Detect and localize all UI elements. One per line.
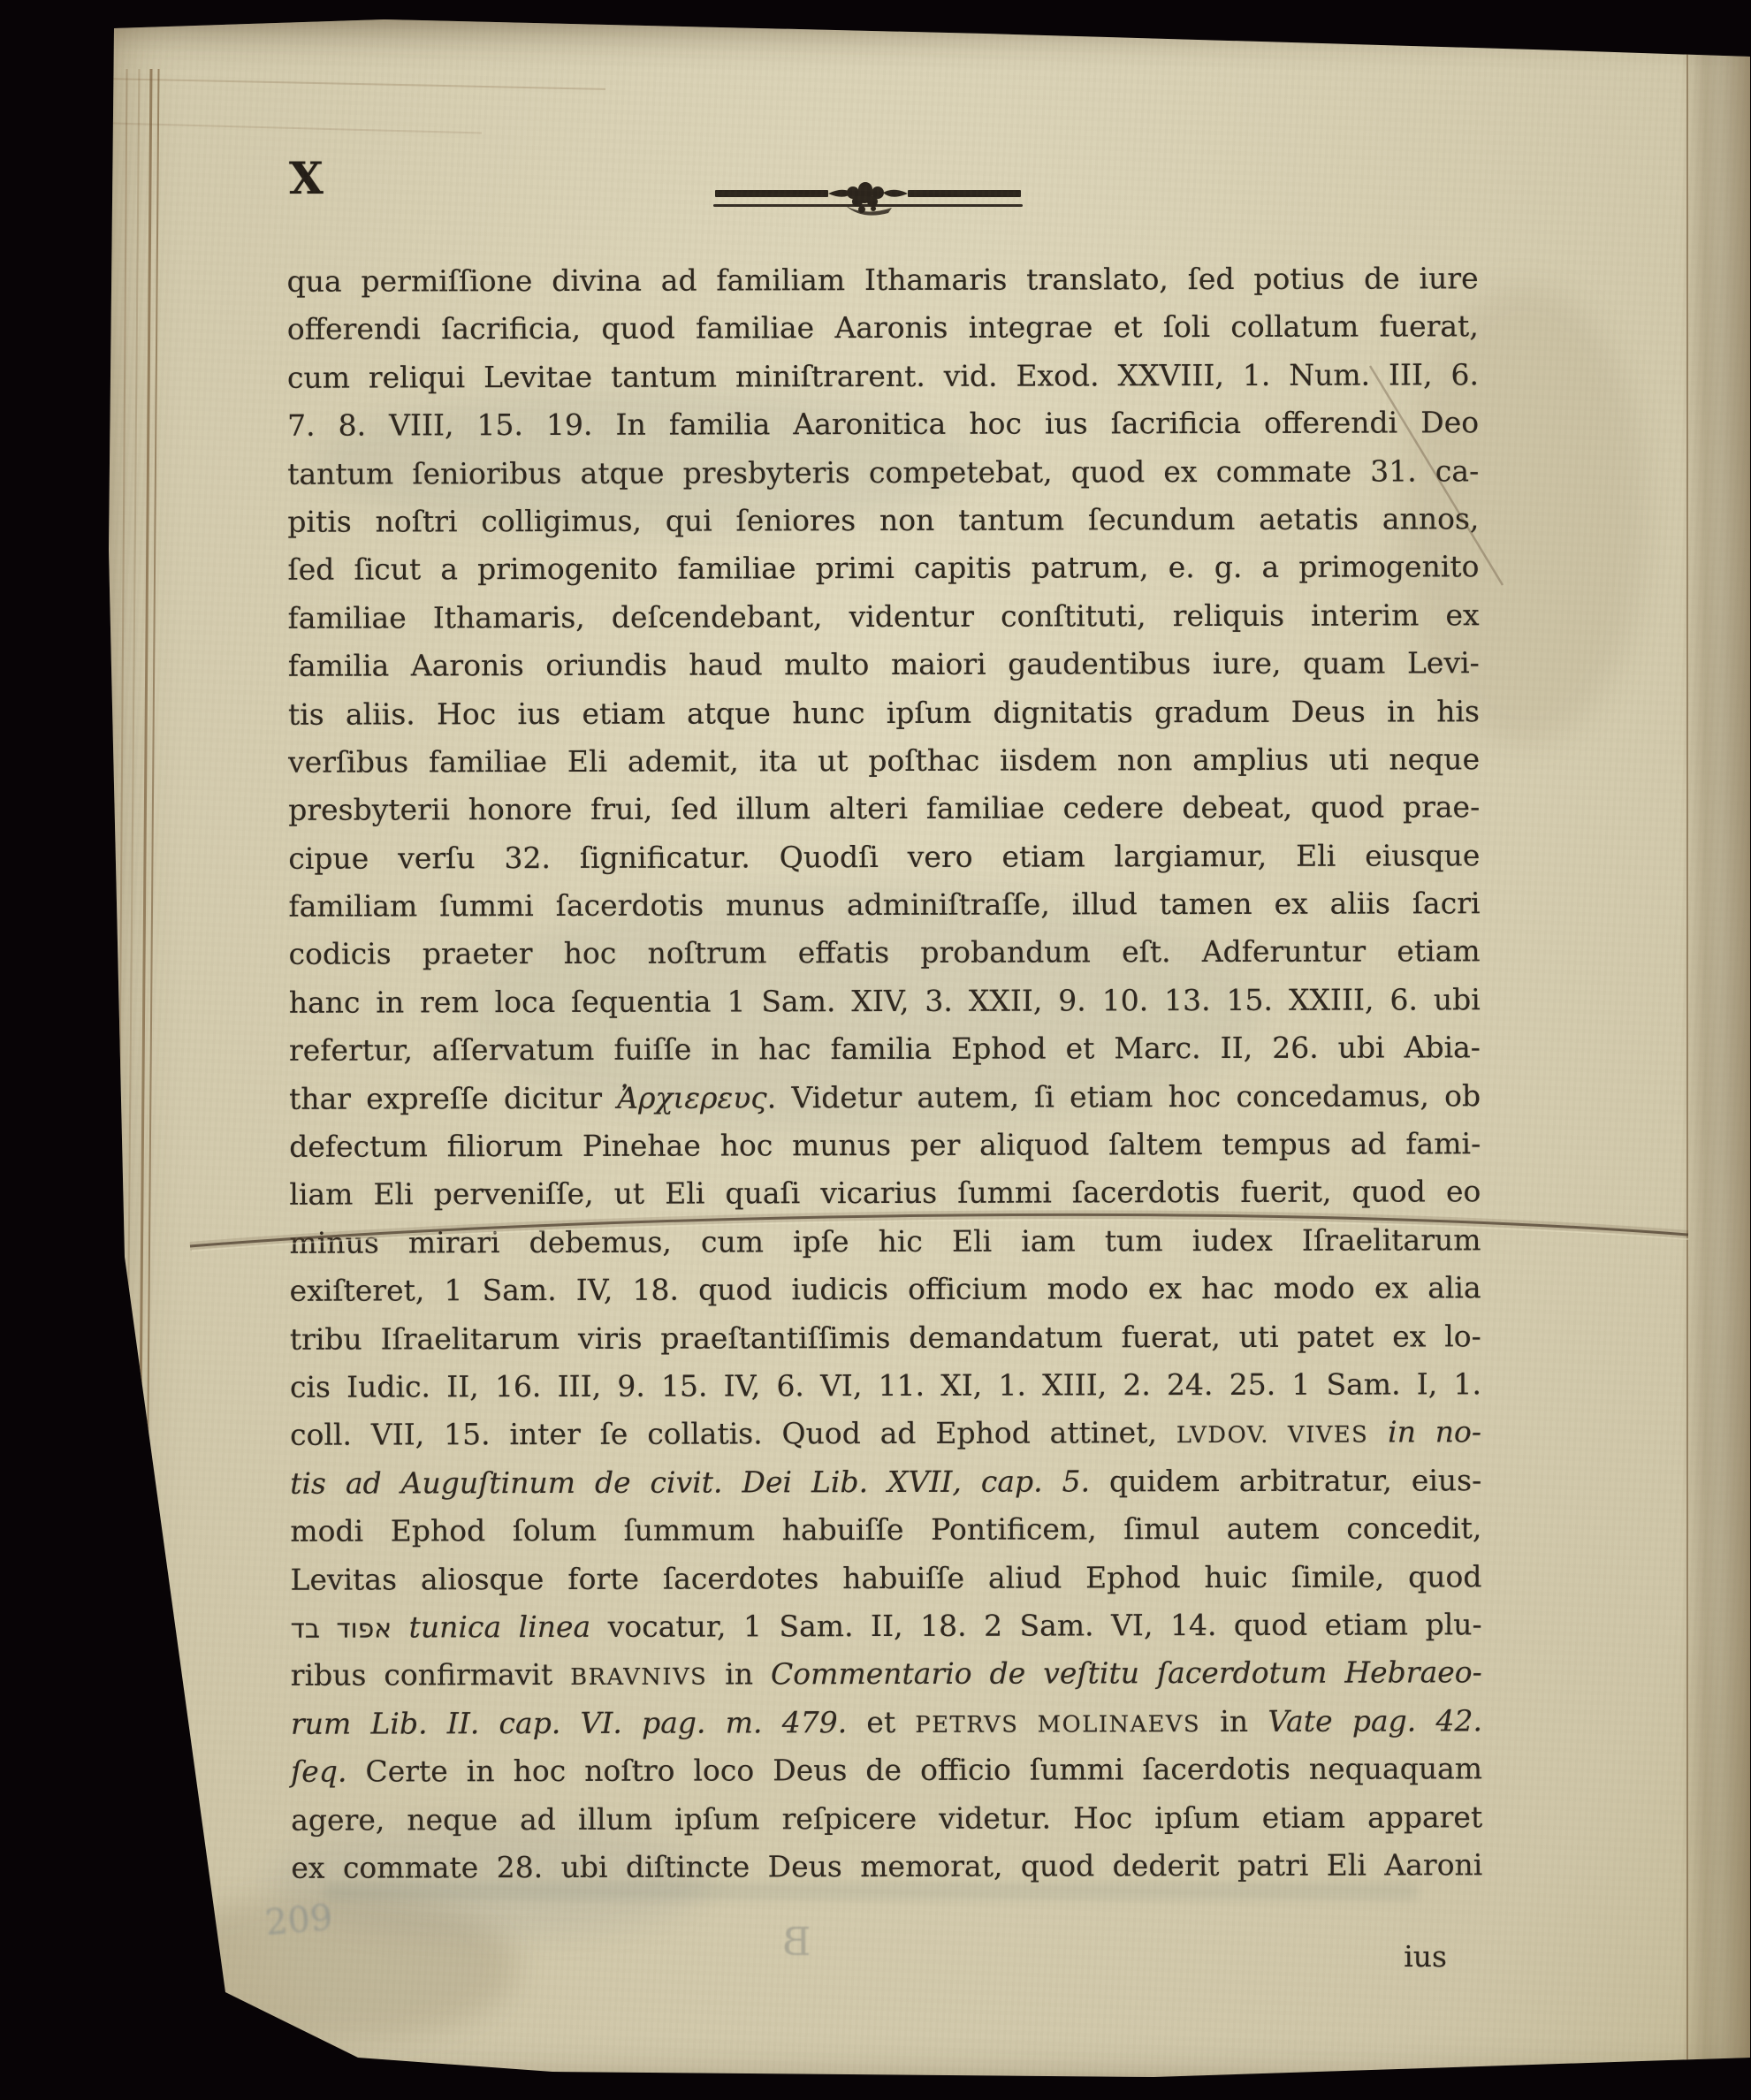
text-line: pitis noſtri colligimus, qui ſeniores no… [287, 495, 1479, 546]
latin-text: defectum filiorum Pinehae hoc munus per … [289, 1126, 1481, 1164]
latin-text: tis ad Auguſtinum de civit. Dei Lib. XVI… [290, 1464, 1090, 1500]
latin-text: modi Ephod ſolum ſummum habuiſſe Pontifi… [290, 1510, 1481, 1548]
latin-text: familiam ſummi ſacerdotis munus adminiſt… [288, 886, 1480, 924]
latin-text: familiae Ithamaris, deſcendebant, vident… [288, 597, 1480, 635]
text-line: cis Iudic. II, 16. III, 9. 15. IV, 6. VI… [290, 1360, 1481, 1411]
latin-text: pitis noſtri colligimus, qui ſeniores no… [287, 501, 1479, 539]
latin-text: familia Aaronis oriundis haud multo maio… [288, 645, 1480, 683]
latin-text: 7. 8. VIII, 15. 19. In familia Aaronitic… [287, 405, 1479, 443]
latin-text: tribu Iſraelitarum viris praeſtantiſſimi… [290, 1319, 1481, 1357]
latin-text: PETRVS MOLINAEVS [915, 1711, 1200, 1739]
text-block: qua permiſſione divina ad familiam Itham… [287, 255, 1483, 1892]
text-line: familia Aaronis oriundis haud multo maio… [288, 639, 1480, 690]
latin-text: ex commate 28. ubi diſtincte Deus memora… [291, 1847, 1482, 1885]
latin-text: tis aliis. Hoc ius etiam atque hunc ipſu… [288, 694, 1480, 732]
latin-text: coll. VII, 15. inter ſe collatis. Quod a… [290, 1416, 1176, 1453]
book-page: X qua permiſſione divina ad familiam Ith… [93, 19, 1751, 2100]
latin-text: refertur, aſſervatum fuiſſe in hac famil… [289, 1030, 1481, 1068]
latin-text: exiſteret, 1 Sam. IV, 18. quod iudicis o… [290, 1270, 1481, 1308]
latin-text: Commentario de veſtitu ſacerdotum Hebrae… [771, 1655, 1482, 1692]
text-line: codicis praeter hoc noſtrum effatis prob… [289, 928, 1481, 979]
text-line: cum reliqui Levitae tantum miniſtrarent.… [287, 351, 1479, 402]
latin-text: agere, neque ad illum ipſum reſpicere vi… [291, 1799, 1482, 1837]
latin-text: rum Lib. II. cap. VI. pag. m. 479. [291, 1705, 847, 1741]
text-line: verſibus familiae Eli ademit, ita ut poſ… [288, 735, 1480, 787]
text-line: exiſteret, 1 Sam. IV, 18. quod iudicis o… [290, 1264, 1481, 1315]
text-line: ex commate 28. ubi diſtincte Deus memora… [291, 1841, 1482, 1892]
latin-text: . Videtur autem, ſi etiam hoc concedamus… [767, 1078, 1481, 1115]
latin-text: in no- [1388, 1415, 1481, 1449]
text-line: cipue verſu 32. ſignificatur. Quodſi ver… [288, 832, 1480, 883]
latin-text: liam Eli perveniſſe, ut Eli quaſi vicari… [289, 1175, 1481, 1213]
text-line: tribu Iſraelitarum viris praeſtantiſſimi… [290, 1312, 1481, 1364]
latin-text: thar expreſſe dicitur [289, 1080, 617, 1115]
text-line: tis ad Auguſtinum de civit. Dei Lib. XVI… [290, 1457, 1481, 1508]
text-line: familiae Ithamaris, deſcendebant, vident… [288, 591, 1480, 643]
latin-text: cis Iudic. II, 16. III, 9. 15. IV, 6. VI… [290, 1366, 1481, 1404]
photographed-book-spread: { "page": { "folio": "X", "catchword": "… [0, 0, 1751, 2100]
latin-text: BRAVNIVS [570, 1664, 707, 1691]
leaf-edge-line [110, 78, 605, 90]
latin-text: cipue verſu 32. ſignificatur. Quodſi ver… [288, 838, 1480, 876]
latin-text: presbyterii honore frui, ſed illum alter… [288, 790, 1480, 828]
text-line: refertur, aſſervatum fuiſſe in hac famil… [289, 1023, 1481, 1075]
leaf-edge-line [143, 69, 160, 1978]
text-line: minus mirari debemus, cum ipſe hic Eli i… [289, 1216, 1481, 1267]
text-line: rum Lib. II. cap. VI. pag. m. 479. et PE… [291, 1697, 1482, 1748]
latin-text: Certe in hoc noſtro loco Deus de officio… [346, 1751, 1482, 1788]
text-line: tis aliis. Hoc ius etiam atque hunc ipſu… [288, 688, 1480, 739]
text-line: liam Eli perveniſſe, ut Eli quaſi vicari… [289, 1168, 1481, 1220]
text-line: offerendi ſacrificia, quod familiae Aaro… [287, 303, 1479, 354]
text-line: qua permiſſione divina ad familiam Itham… [287, 255, 1479, 306]
text-line: presbyterii honore frui, ſed illum alter… [288, 784, 1480, 835]
greek-text: Ἀρχιερευς [617, 1080, 767, 1115]
text-line: modi Ephod ſolum ſummum habuiſſe Pontifi… [290, 1504, 1481, 1556]
hebrew-text: אפוד בד [291, 1613, 392, 1644]
text-line: Levitas aliosque forte ſacerdotes habuiſ… [290, 1553, 1481, 1604]
text-line: אפוד בד tunica linea vocatur, 1 Sam. II,… [291, 1601, 1482, 1652]
text-line: agere, neque ad illum ipſum reſpicere vi… [291, 1793, 1482, 1845]
page-fold-crease [1686, 46, 1688, 2079]
text-line: ribus confirmavit BRAVNIVS in Commentari… [291, 1649, 1482, 1701]
text-line: ſed ſicut a primogenito familiae primi c… [287, 544, 1479, 595]
latin-text [1368, 1415, 1388, 1449]
latin-text: verſibus familiae Eli ademit, ita ut poſ… [288, 742, 1480, 780]
latin-text: ſed ſicut a primogenito familiae primi c… [287, 550, 1479, 588]
latin-text: in [1200, 1704, 1268, 1739]
latin-text: qua permiſſione divina ad familiam Itham… [287, 261, 1479, 299]
latin-text: et [847, 1705, 915, 1739]
text-line: 7. 8. VIII, 15. 19. In familia Aaronitic… [287, 399, 1479, 450]
latin-text: LVDOV. VIVES [1176, 1422, 1369, 1449]
latin-text: Vate pag. 42. [1268, 1703, 1482, 1739]
text-line: tantum ſenioribus atque presbyteris comp… [287, 447, 1479, 498]
latin-text [392, 1609, 409, 1644]
header-ornament-icon [713, 182, 1023, 221]
text-line: defectum filiorum Pinehae hoc munus per … [289, 1120, 1481, 1171]
latin-text: Levitas aliosque forte ſacerdotes habuiſ… [290, 1559, 1481, 1597]
catchword: ius [289, 1939, 1447, 1974]
latin-text: offerendi ſacrificia, quod familiae Aaro… [287, 309, 1479, 347]
latin-text: codicis praeter hoc noſtrum effatis prob… [289, 934, 1481, 972]
text-line: ſeq. Certe in hoc noſtro loco Deus de of… [291, 1745, 1482, 1796]
latin-text: tantum ſenioribus atque presbyteris comp… [287, 453, 1479, 491]
leaf-edge-line [112, 69, 127, 1978]
page-curl-shading [1682, 19, 1751, 2100]
latin-text: tunica linea [409, 1609, 591, 1645]
latin-text: in [707, 1657, 771, 1692]
latin-text: cum reliqui Levitae tantum miniſtrarent.… [287, 357, 1479, 395]
text-line: thar expreſſe dicitur Ἀρχιερευς. Videtur… [289, 1072, 1481, 1123]
latin-text: hanc in rem loca ſequentia 1 Sam. XIV, 3… [289, 982, 1481, 1020]
latin-text: ribus confirmavit [291, 1657, 571, 1693]
leaf-edge-line [110, 123, 482, 134]
folio-number: X [289, 152, 324, 204]
latin-text: ſeq. [291, 1754, 346, 1789]
text-line: hanc in rem loca ſequentia 1 Sam. XIV, 3… [289, 976, 1481, 1027]
text-line: familiam ſummi ſacerdotis munus adminiſt… [288, 879, 1480, 931]
latin-text: vocatur, 1 Sam. II, 18. 2 Sam. VI, 14. q… [590, 1607, 1482, 1644]
latin-text: quidem arbitratur, eius- [1090, 1463, 1481, 1498]
latin-text: minus mirari debemus, cum ipſe hic Eli i… [289, 1222, 1481, 1260]
text-line: coll. VII, 15. inter ſe collatis. Quod a… [290, 1409, 1481, 1460]
